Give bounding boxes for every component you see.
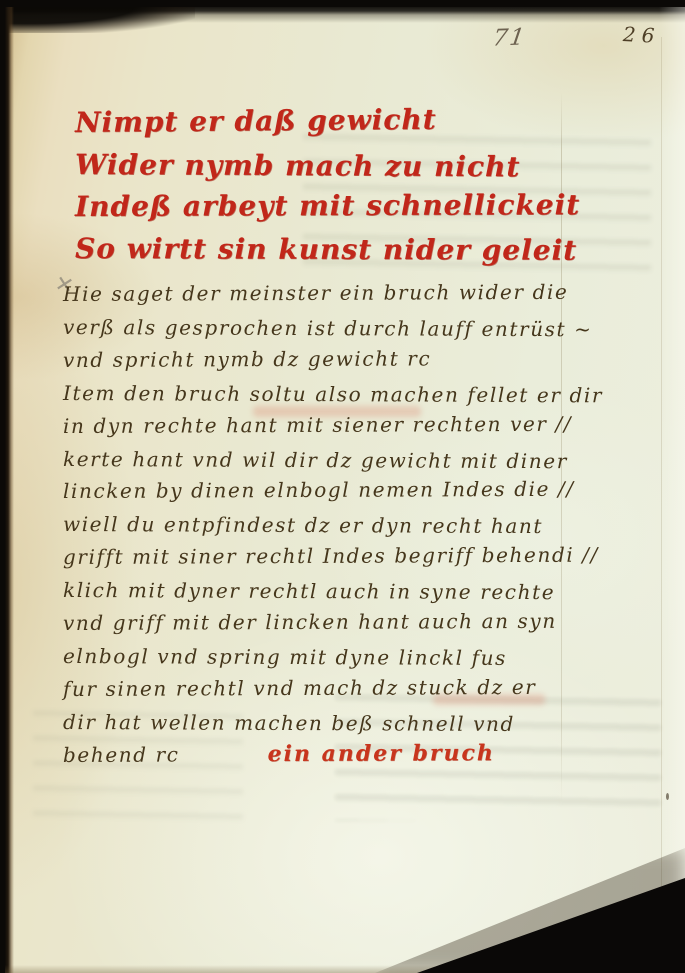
rubric-verse: Nimpt er daß gewicht Wider nymb mach zu …	[75, 102, 580, 270]
manuscript-photo: 71 26 Nimpt er daß gewicht Wider nymb ma…	[0, 0, 685, 973]
text-line: grifft mit siner rechtl Indes begriff be…	[63, 539, 653, 574]
text-line: fur sinen rechtl vnd mach dz stuck dz er	[63, 670, 653, 705]
verse-line: Wider nymb mach zu nicht	[75, 144, 580, 189]
text-line-end: behend rc	[63, 742, 180, 767]
text-line: vnd griff mit der lincken hant auch an s…	[63, 604, 653, 639]
folio-number: 71	[491, 24, 528, 51]
text-line: in dyn rechte hant mit siener rechten ve…	[63, 407, 653, 442]
text-line: Hie saget der meinster ein bruch wider d…	[63, 275, 653, 310]
fore-edge-highlight	[659, 7, 685, 973]
text-line: vnd spricht nymb dz gewicht rc	[63, 341, 653, 376]
body-text: Hie saget der meinster ein bruch wider d…	[63, 278, 653, 772]
verse-line: Nimpt er daß gewicht	[75, 98, 580, 144]
verse-line: Indeß arbeyt mit schnellickeit	[75, 184, 580, 228]
text-line: lincken by dinen elnbogl nemen Indes die…	[63, 473, 653, 508]
bottom-edge-soiling	[5, 965, 435, 973]
parchment-page: 71 26 Nimpt er daß gewicht Wider nymb ma…	[5, 7, 685, 973]
verse-line: So wirtt sin kunst nider geleit	[75, 228, 580, 272]
closing-rubric-heading: ein ander bruch	[268, 740, 495, 767]
binding-gutter-edge	[5, 7, 14, 973]
old-corner-number: 26	[622, 22, 661, 48]
text-line-with-rubric: behend rcein ander bruch	[63, 736, 653, 771]
binding-top-left-corner	[5, 7, 195, 33]
